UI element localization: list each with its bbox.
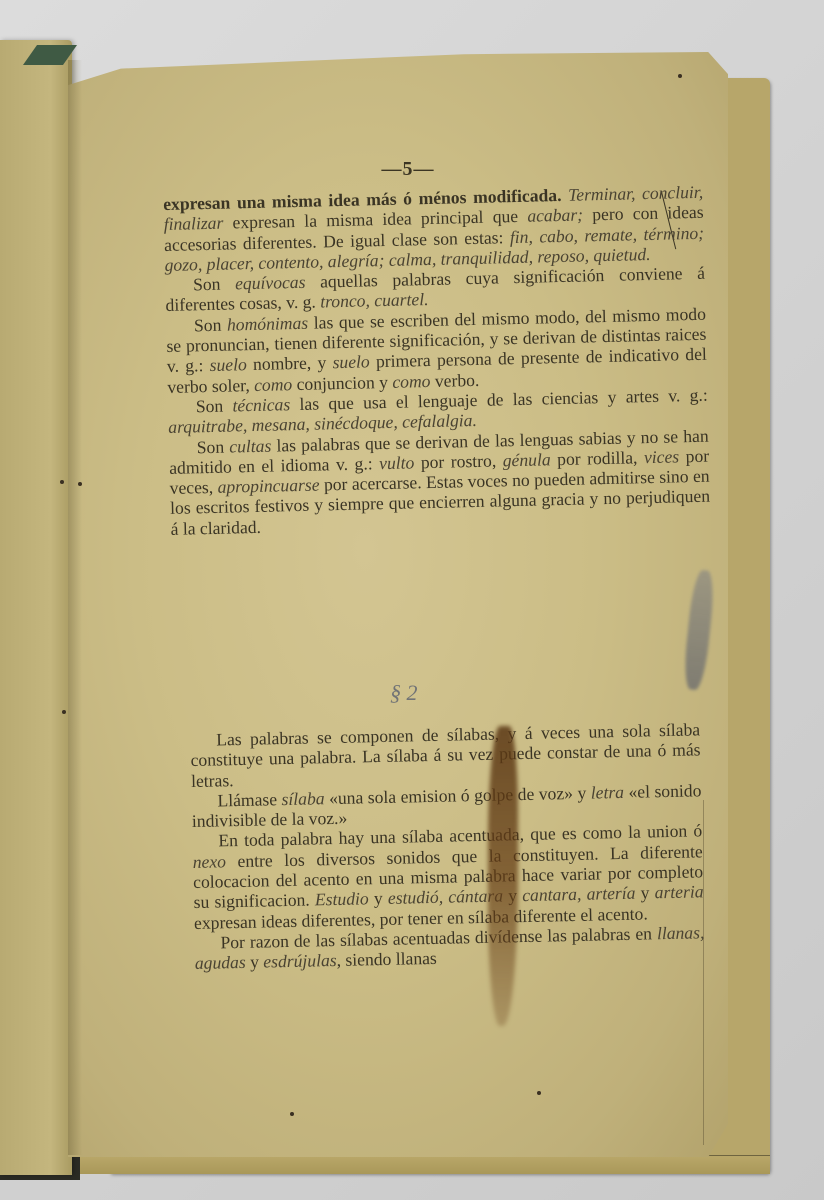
left-page-edge: [0, 40, 72, 1175]
paper-speck: [60, 480, 64, 484]
text-segment: Estudio: [315, 889, 369, 910]
paper-speck: [78, 482, 82, 486]
text-segment: por rodilla,: [550, 447, 644, 469]
paragraph: En toda palabra hay una sílaba acentuada…: [192, 821, 704, 933]
paper-speck: [290, 1112, 294, 1116]
paragraph: Son homónimas las que se escriben del mi…: [166, 303, 708, 396]
text-segment: y: [635, 883, 655, 903]
text-segment: y: [368, 888, 388, 908]
text-segment: verbo.: [430, 370, 479, 391]
text-segment: Llámase: [217, 789, 281, 810]
text-segment: suelo: [332, 352, 370, 373]
text-segment: , siendo llanas: [336, 948, 437, 970]
text-segment: cantara, artería: [522, 883, 636, 905]
page-number: —5—: [373, 158, 443, 181]
ink-stain: [488, 726, 518, 1026]
text-segment: estudió, cántara: [388, 886, 504, 908]
text-segment: Las palabras se componen de sílabas, y á…: [190, 719, 700, 790]
text-segment: letra: [591, 782, 625, 803]
text-segment: técnicas: [232, 394, 290, 415]
paragraph: expresan una misma idea más ó ménos modi…: [163, 182, 705, 275]
gutter-shadow: [68, 60, 82, 1155]
section-mark: § 2: [390, 680, 418, 706]
text-segment: tronco, cuartel.: [320, 289, 429, 311]
text-segment: esdrújulas: [263, 950, 337, 972]
text-segment: Son: [197, 436, 230, 457]
text-segment: como: [254, 374, 293, 395]
text-section-2: Las palabras se componen de sílabas, y á…: [190, 719, 705, 973]
paper-speck: [537, 1091, 541, 1095]
text-segment: Son: [193, 274, 235, 295]
paragraph: Las palabras se componen de sílabas, y á…: [190, 719, 701, 791]
text-segment: vices: [644, 446, 680, 467]
text-segment: suelo: [209, 355, 247, 376]
paragraph: Son cultas las palabras que se derivan d…: [169, 425, 711, 539]
text-segment: génula: [503, 449, 551, 470]
page-fold-line: [703, 800, 704, 1145]
text-section-1: expresan una misma idea más ó ménos modi…: [163, 182, 711, 539]
paper-speck: [62, 710, 66, 714]
text-segment: sílaba: [281, 788, 324, 809]
text-segment: Son: [194, 314, 227, 335]
text-segment: acabar;: [527, 205, 583, 226]
page-bottom-edge: [80, 1155, 770, 1174]
text-segment: «una sola emision ó golpe de voz» y: [324, 783, 591, 809]
text-segment: cultas: [229, 435, 271, 456]
paper-speck: [678, 74, 682, 78]
text-segment: homónimas: [227, 313, 309, 335]
text-segment: nexo: [193, 851, 227, 872]
text-segment: Son: [196, 395, 233, 416]
text-segment: y: [246, 952, 264, 972]
text-segment: equívocas: [235, 272, 306, 294]
text-segment: conjuncion y: [292, 372, 393, 394]
text-segment: por rostro,: [414, 450, 503, 472]
text-segment: vulto: [379, 452, 415, 473]
text-segment: apropincuarse: [217, 475, 319, 497]
text-segment: arteria: [654, 882, 703, 903]
text-segment: nombre, y: [247, 353, 333, 375]
text-segment: como: [392, 371, 431, 392]
